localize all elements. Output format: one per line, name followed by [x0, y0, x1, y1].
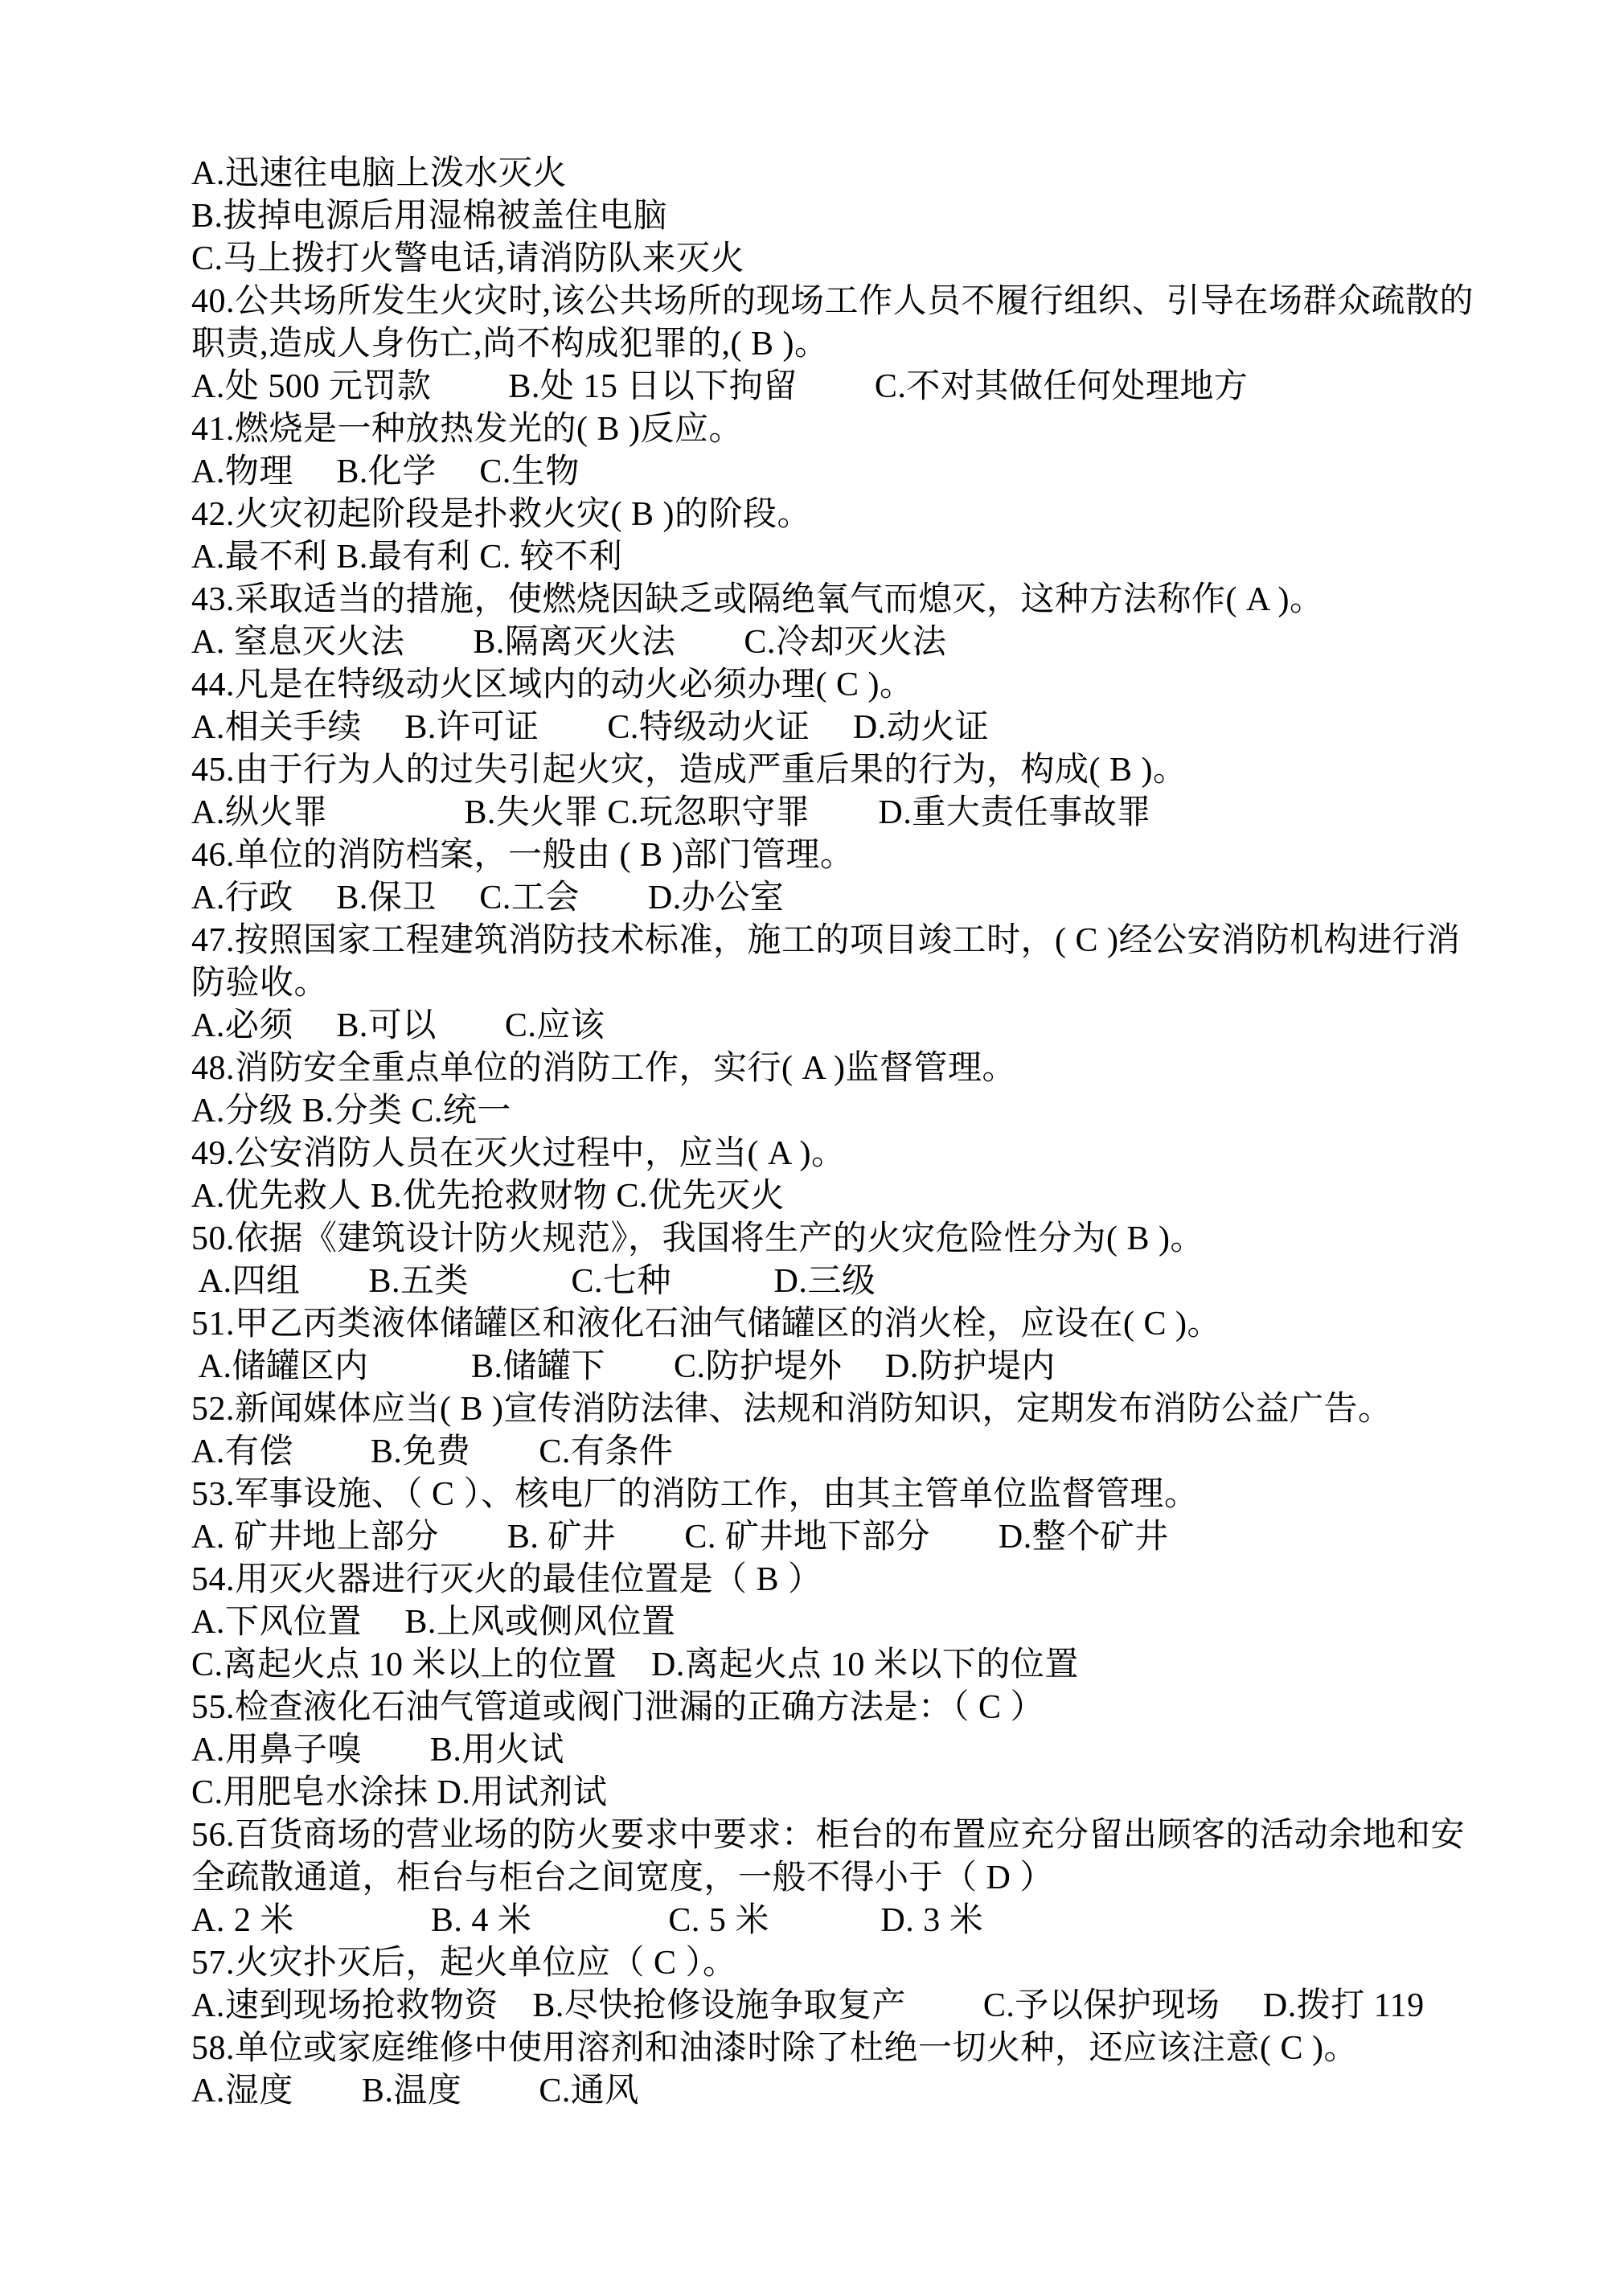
doc-line: 55.检查液化石油气管道或阀门泄漏的正确方法是：（ C ） — [191, 1687, 1471, 1729]
doc-line: 45.由于行为人的过失引起火灾，造成严重后果的行为，构成( B )。 — [191, 749, 1471, 792]
doc-line: A.四组 B.五类 C.七种 D.三级 — [191, 1261, 1471, 1303]
doc-line: A.用鼻子嗅 B.用火试 — [191, 1729, 1471, 1772]
doc-line: A.速到现场抢救物资 B.尽快抢修设施争取复产 C.予以保护现场 D.拨打 11… — [191, 1985, 1471, 2027]
doc-line: 49.公安消防人员在灭火过程中，应当( A )。 — [191, 1133, 1471, 1175]
doc-line: 48.消防安全重点单位的消防工作，实行( A )监督管理。 — [191, 1048, 1471, 1090]
doc-line: 职责,造成人身伤亡,尚不构成犯罪的,( B )。 — [191, 323, 1471, 366]
doc-line: 56.百货商场的营业场的防火要求中要求：柜台的布置应充分留出顾客的活动余地和安 — [191, 1814, 1471, 1857]
doc-line: 43.采取适当的措施，使燃烧因缺乏或隔绝氧气而熄灭，这种方法称作( A )。 — [191, 579, 1471, 621]
doc-line: A. 矿井地上部分 B. 矿井 C. 矿井地下部分 D.整个矿井 — [191, 1516, 1471, 1559]
doc-line: A.湿度 B.温度 C.通风 — [191, 2070, 1471, 2113]
doc-line: A.纵火罪 B.失火罪 C.玩忽职守罪 D.重大责任事故罪 — [191, 792, 1471, 834]
doc-line: A.物理 B.化学 C.生物 — [191, 451, 1471, 494]
doc-line: A.相关手续 B.许可证 C.特级动火证 D.动火证 — [191, 707, 1471, 749]
doc-line: A.分级 B.分类 C.统一 — [191, 1090, 1471, 1133]
doc-line: A.必须 B.可以 C.应该 — [191, 1005, 1471, 1048]
doc-line: 41.燃烧是一种放热发光的( B )反应。 — [191, 408, 1471, 451]
doc-line: A.优先救人 B.优先抢救财物 C.优先灭火 — [191, 1175, 1471, 1218]
doc-line: 47.按照国家工程建筑消防技术标准，施工的项目竣工时，( C )经公安消防机构进… — [191, 920, 1471, 962]
doc-line: A. 2 米 B. 4 米 C. 5 米 D. 3 米 — [191, 1900, 1471, 1942]
doc-line: C.用肥皂水涂抹 D.用试剂试 — [191, 1772, 1471, 1814]
doc-line: A.有偿 B.免费 C.有条件 — [191, 1431, 1471, 1474]
doc-line: 防验收。 — [191, 962, 1471, 1005]
doc-line: 全疏散通道，柜台与柜台之间宽度，一般不得小于（ D ） — [191, 1857, 1471, 1900]
doc-line: 53.军事设施、（ C ）、核电厂的消防工作，由其主管单位监督管理。 — [191, 1474, 1471, 1516]
doc-line: 44.凡是在特级动火区域内的动火必须办理( C )。 — [191, 664, 1471, 707]
doc-line: A.行政 B.保卫 C.工会 D.办公室 — [191, 877, 1471, 920]
doc-line: 50.依据《建筑设计防火规范》，我国将生产的火灾危险性分为( B )。 — [191, 1218, 1471, 1261]
doc-line: A.迅速往电脑上泼水灭火 — [191, 153, 1471, 195]
doc-line: 42.火灾初起阶段是扑救火灾( B )的阶段。 — [191, 494, 1471, 536]
doc-line: C.离起火点 10 米以上的位置 D.离起火点 10 米以下的位置 — [191, 1644, 1471, 1687]
doc-line: 40.公共场所发生火灾时,该公共场所的现场工作人员不履行组织、引导在场群众疏散的 — [191, 281, 1471, 323]
doc-line: A.最不利 B.最有利 C. 较不利 — [191, 536, 1471, 579]
doc-line: 57.火灾扑灭后，起火单位应（ C ）。 — [191, 1942, 1471, 1985]
doc-line: A. 窒息灭火法 B.隔离灭火法 C.冷却灭火法 — [191, 621, 1471, 664]
exam-document-page: A.迅速往电脑上泼水灭火 B.拔掉电源后用湿棉被盖住电脑 C.马上拨打火警电话,… — [0, 0, 1624, 2296]
doc-line: A.处 500 元罚款 B.处 15 日以下拘留 C.不对其做任何处理地方 — [191, 366, 1471, 408]
doc-line: 52.新闻媒体应当( B )宣传消防法律、法规和消防知识，定期发布消防公益广告。 — [191, 1388, 1471, 1431]
doc-line: 54.用灭火器进行灭火的最佳位置是（ B ） — [191, 1559, 1471, 1601]
doc-line: A.下风位置 B.上风或侧风位置 — [191, 1601, 1471, 1644]
doc-line: A.储罐区内 B.储罐下 C.防护堤外 D.防护堤内 — [191, 1346, 1471, 1388]
doc-line: C.马上拨打火警电话,请消防队来灭火 — [191, 238, 1471, 281]
doc-line: 46.单位的消防档案，一般由 ( B )部门管理。 — [191, 834, 1471, 877]
doc-line: B.拔掉电源后用湿棉被盖住电脑 — [191, 195, 1471, 238]
doc-line: 58.单位或家庭维修中使用溶剂和油漆时除了杜绝一切火种，还应该注意( C )。 — [191, 2027, 1471, 2070]
doc-line: 51.甲乙丙类液体储罐区和液化石油气储罐区的消火栓，应设在( C )。 — [191, 1303, 1471, 1346]
